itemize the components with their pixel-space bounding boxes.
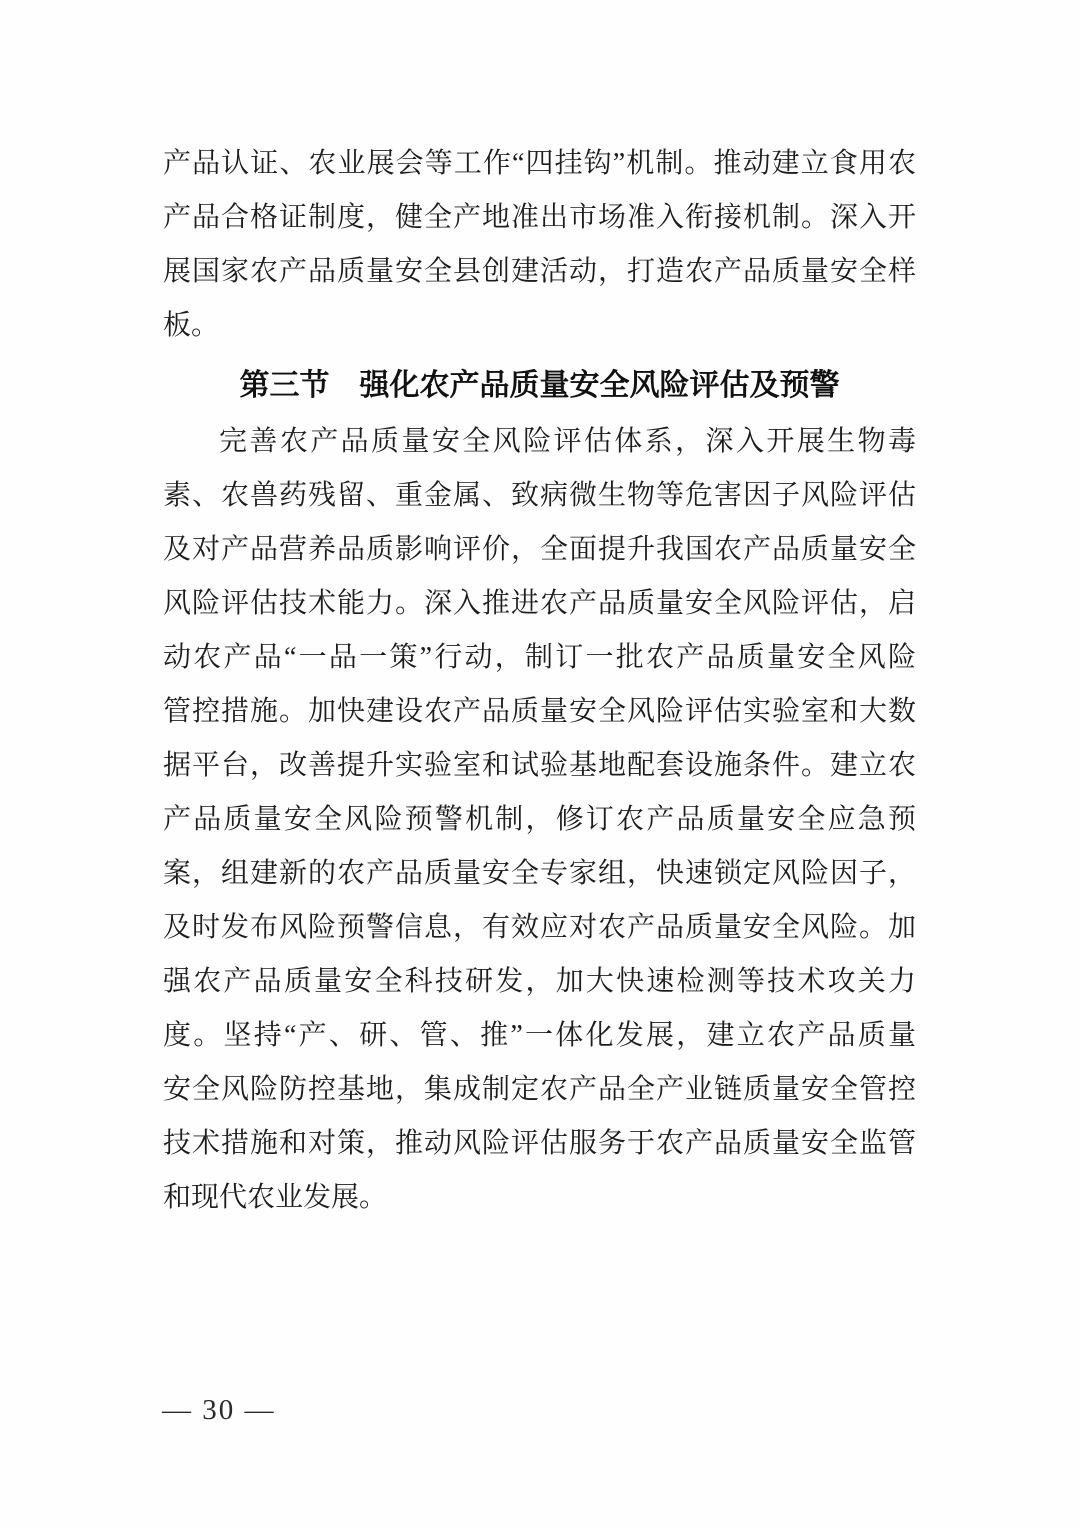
page-content: 产品认证、农业展会等工作“四挂钩”机制。推动建立食用农产品合格证制度，健全产地准… <box>163 137 916 1225</box>
text-line: 安全风险防控基地，集成制定农产品全产业链质量安全管控 <box>163 1063 916 1117</box>
page-number: — 30 — <box>162 1392 276 1428</box>
text-line: 据平台，改善提升实验室和试验基地配套设施条件。建立农 <box>163 739 916 793</box>
text-line: 风险评估技术能力。深入推进农产品质量安全风险评估，启 <box>163 577 916 631</box>
document-page: 产品认证、农业展会等工作“四挂钩”机制。推动建立食用农产品合格证制度，健全产地准… <box>0 0 1080 1528</box>
text-line: 及时发布风险预警信息，有效应对农产品质量安全风险。加 <box>163 901 916 955</box>
section-heading: 第三节 强化农产品质量安全风险评估及预警 <box>163 359 916 413</box>
text-line: 度。坚持“产、研、管、推”一体化发展，建立农产品质量 <box>163 1009 916 1063</box>
text-line: 产品合格证制度，健全产地准出市场准入衔接机制。深入开 <box>163 191 916 245</box>
text-line: 素、农兽药残留、重金属、致病微生物等危害因子风险评估 <box>163 469 916 523</box>
text-line: 案，组建新的农产品质量安全专家组，快速锁定风险因子， <box>163 847 916 901</box>
text-line: 展国家农产品质量安全县创建活动，打造农产品质量安全样 <box>163 245 916 299</box>
text-line: 产品认证、农业展会等工作“四挂钩”机制。推动建立食用农 <box>163 137 916 191</box>
text-line: 板。 <box>163 299 916 353</box>
text-line: 完善农产品质量安全风险评估体系，深入开展生物毒 <box>163 415 916 469</box>
text-line: 产品质量安全风险预警机制，修订农产品质量安全应急预 <box>163 793 916 847</box>
text-line: 及对产品营养品质影响评价，全面提升我国农产品质量安全 <box>163 523 916 577</box>
text-line: 强农产品质量安全科技研发，加大快速检测等技术攻关力 <box>163 955 916 1009</box>
paragraph-continuation: 产品认证、农业展会等工作“四挂钩”机制。推动建立食用农产品合格证制度，健全产地准… <box>163 137 916 353</box>
text-line: 技术措施和对策，推动风险评估服务于农产品质量安全监管 <box>163 1117 916 1171</box>
text-line: 管控措施。加快建设农产品质量安全风险评估实验室和大数 <box>163 685 916 739</box>
paragraph-body: 完善农产品质量安全风险评估体系，深入开展生物毒素、农兽药残留、重金属、致病微生物… <box>163 415 916 1225</box>
text-line: 和现代农业发展。 <box>163 1171 916 1225</box>
text-line: 动农产品“一品一策”行动，制订一批农产品质量安全风险 <box>163 631 916 685</box>
